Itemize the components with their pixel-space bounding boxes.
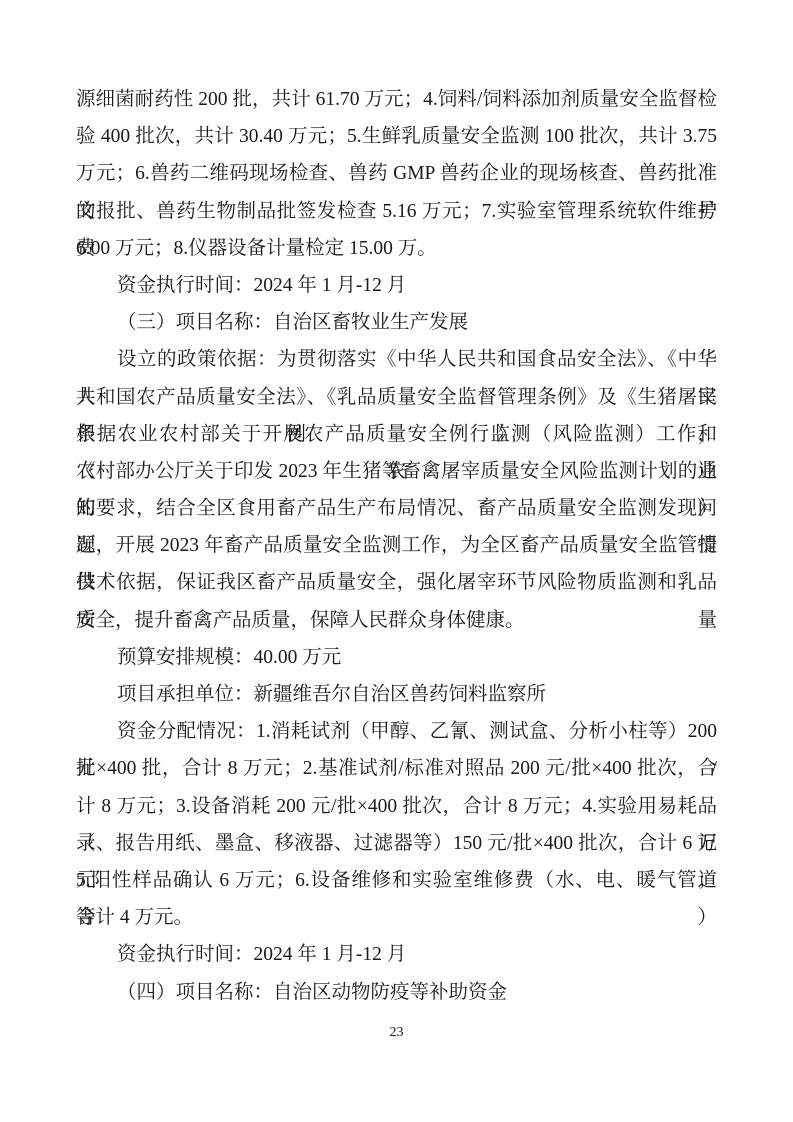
document-page: 源细菌耐药性 200 批，共计 61.70 万元；4.饲料/饲料添加剂质量安全监… [0, 0, 793, 1122]
text-line: 批×400 批，合计 8 万元；2.基准试剂/标准对照品 200 元/批×400… [76, 750, 717, 787]
text-line: 设立的政策依据：为贯彻落实《中华人民共和国食品安全法》、《中华人民 [76, 341, 717, 378]
text-line: 项目承担单位：新疆维吾尔自治区兽药饲料监察所 [76, 676, 717, 713]
text-line: 资金执行时间：2024 年 1 月-12 月 [76, 267, 717, 304]
text-line: 6.00 万元；8.仪器设备计量检定 15.00 万。 [76, 230, 717, 267]
text-line: 万元；6.兽药二维码现场检查、兽药 GMP 兽药企业的现场核查、兽药批准文号 [76, 155, 717, 192]
text-line: 技术依据，保证我区畜产品质量安全，强化屠宰环节风险物质监测和乳品质量 [76, 564, 717, 601]
text-line: 资金执行时间：2024 年 1 月-12 月 [76, 936, 717, 973]
text-line: （三）项目名称：自治区畜牧业生产发展 [76, 304, 717, 341]
page-number: 23 [0, 1023, 793, 1043]
text-line: 预算安排规模：40.00 万元 [76, 639, 717, 676]
text-line: 资金分配情况：1.消耗试剂（甲醇、乙氰、测试盒、分析小柱等）200 元/ [76, 713, 717, 750]
text-line: 共和国农产品质量安全法》、《乳品质量安全监督管理条例》及《生猪屠宰条例》， [76, 379, 717, 416]
text-line: 根据农业农村部关于开展农产品质量安全例行监测（风险监测）工作和《农业 [76, 416, 717, 453]
text-line: 农村部办公厅关于印发 2023 年生猪等畜禽屠宰质量安全风险监测计划的通知》 [76, 453, 717, 490]
text-line: 的报批、兽药生物制品批签发检查 5.16 万元；7.实验室管理系统软件维护费 [76, 193, 717, 230]
text-line: 的要求，结合全区食用畜产品生产布局情况、畜产品质量安全监测发现问题情 [76, 490, 717, 527]
text-line: 况，开展 2023 年畜产品质量安全监测工作，为全区畜产品质量安全监管提供 [76, 527, 717, 564]
text-line: 源细菌耐药性 200 批，共计 61.70 万元；4.饲料/饲料添加剂质量安全监… [76, 81, 717, 118]
text-line: 计 8 万元；3.设备消耗 200 元/批×400 批次，合计 8 万元；4.实… [76, 788, 717, 825]
text-line: （四）项目名称：自治区动物防疫等补助资金 [76, 974, 717, 1011]
text-line: 验 400 批次，共计 30.40 万元；5.生鲜乳质量安全监测 100 批次，… [76, 118, 717, 155]
document-body: 源细菌耐药性 200 批，共计 61.70 万元；4.饲料/饲料添加剂质量安全监… [76, 81, 717, 1011]
text-line: 5.阳性样品确认 6 万元；6.设备维修和实验室维修费（水、电、暖气管道等） [76, 862, 717, 899]
text-line: 录、报告用纸、墨盒、移液器、过滤器等）150 元/批×400 批次，合计 6 万… [76, 825, 717, 862]
